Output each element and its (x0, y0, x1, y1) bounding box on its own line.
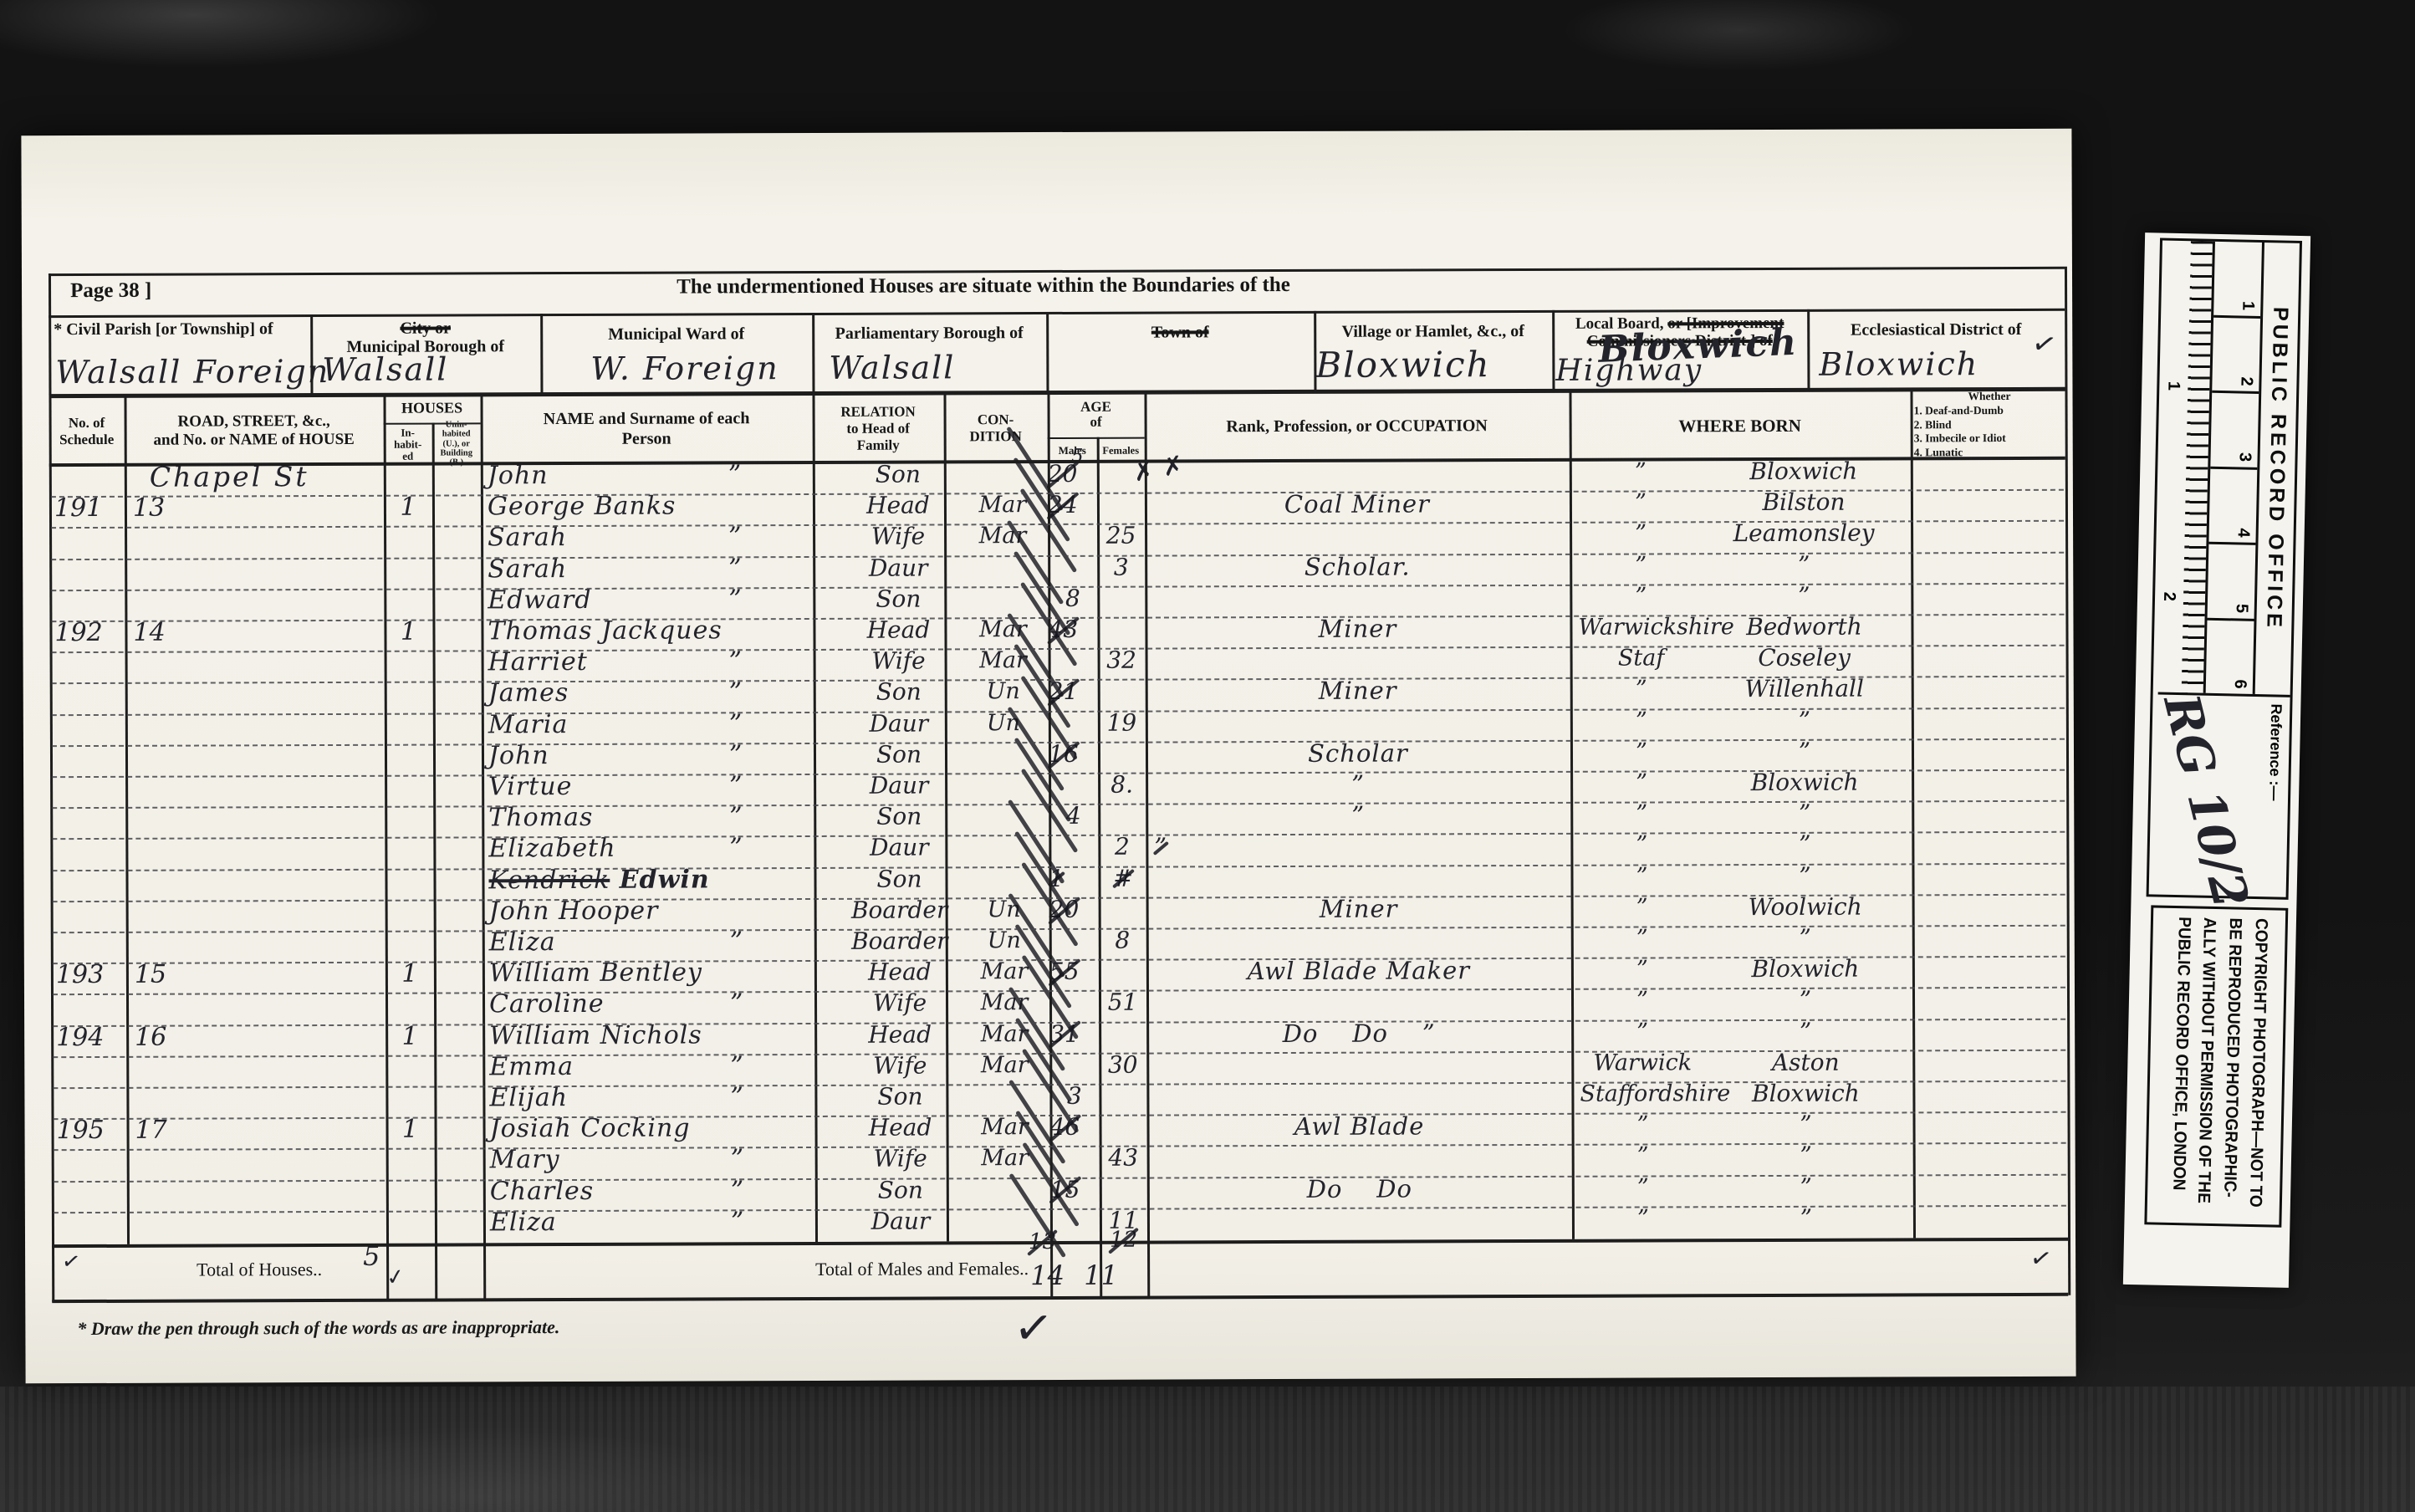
header-cell-ecclesiastical: Ecclesiastical District of Bloxwich (1807, 309, 2065, 391)
form-footnote: * Draw the pen through such of the words… (77, 1316, 559, 1340)
houses-title: HOUSES (401, 400, 462, 417)
table-vertical-line (1552, 310, 1555, 391)
females-label: Females (1102, 444, 1139, 457)
pro-ruler-cell-number: 1 (2238, 301, 2257, 311)
civil-parish-value: Walsall Foreign (55, 353, 329, 391)
pro-office-title: PUBLIC RECORD OFFICE (2262, 307, 2293, 631)
census-scan-screen: Page 38 ] The undermentioned Houses are … (0, 0, 2415, 1512)
relation-l2: to Head of (846, 421, 910, 437)
age-l2: of (1090, 415, 1101, 430)
pro-ruler-ticks: 1 2 (2156, 241, 2215, 693)
schedule-l1: No. of (69, 415, 105, 432)
pro-inch-label-1: 1 (2163, 381, 2183, 391)
col-header-uninhabited: Unin- habited (U.), or Building (B.) (432, 421, 481, 465)
col-header-houses: HOUSES (383, 395, 480, 421)
parliamentary-borough-value: Walsall (829, 349, 955, 386)
col-header-occupation: Rank, Profession, or OCCUPATION (1144, 391, 1569, 463)
pro-ruler-cell-number: 2 (2236, 376, 2255, 386)
pro-inch-label-2: 2 (2159, 592, 2178, 602)
village-value: Bloxwich (1315, 344, 1490, 386)
table-vertical-line (812, 313, 814, 394)
pro-ruler-cell-number: 3 (2234, 452, 2254, 462)
whether-3: 3. Imbecile or Idiot (1914, 432, 2006, 446)
header-cell-municipal-ward: Municipal Ward of W. Foreign (540, 313, 812, 395)
header-cell-civil-parish: * Civil Parish [or Township] of Walsall … (49, 314, 310, 396)
col-header-relation: RELATION to Head of Family (812, 393, 943, 464)
pro-ruler-cell: 1 (2213, 242, 2262, 316)
pro-copyright-box: COPYRIGHT PHOTOGRAPH—NOT TO BE REPRODUCE… (2144, 905, 2288, 1227)
pen-checkmark: ✓ (2028, 1243, 2055, 1275)
col-header-whether: Whether 1. Deaf-and-Dumb 2. Blind 3. Imb… (1910, 390, 2065, 461)
village-label: Village or Hamlet, &c., of (1314, 322, 1552, 341)
civil-parish-label: * Civil Parish [or Township] of (49, 319, 310, 339)
person-forename: Eliza (490, 1208, 557, 1237)
age-l1: AGE (1080, 400, 1111, 415)
header-cell-local-board: Local Board, or [Improvement Commissione… (1552, 309, 1807, 391)
pro-ruler-cell: 6 (2206, 617, 2254, 694)
municipal-ward-label: Municipal Ward of (540, 324, 812, 345)
relation-l1: RELATION (840, 403, 916, 420)
table-horizontal-line (1048, 437, 1145, 439)
table-horizontal-line (384, 422, 481, 424)
municipal-borough-value: Walsall (322, 351, 448, 389)
occupation: ” (1154, 833, 1167, 861)
occupation-label: Rank, Profession, or OCCUPATION (1226, 416, 1488, 437)
form-title: The undermentioned Houses are situate wi… (457, 273, 1510, 299)
col-header-born: WHERE BORN (1569, 390, 1910, 461)
pro-stamp-ruler-box: PUBLIC RECORD OFFICE 123456 1 2 Referenc… (2147, 238, 2302, 899)
header-cell-municipal-borough: City or Municipal Borough of Walsall (310, 314, 540, 396)
whether-1: 1. Deaf-and-Dumb (1914, 404, 2004, 418)
col-header-name: NAME and Surname of each Person (480, 394, 812, 465)
age-male: 16 (1049, 740, 1079, 768)
schedule-l2: Schedule (59, 432, 114, 448)
pro-ruler-cell: 3 (2210, 391, 2259, 467)
total-males: 14 (1030, 1259, 1065, 1291)
pro-reference-label: Reference :— (2265, 703, 2285, 800)
pro-ruler-cell: 2 (2212, 314, 2260, 391)
pro-ruler-cell: 4 (2208, 466, 2257, 543)
age-male-correction: 5 (1053, 438, 1102, 475)
person-forename: James (488, 678, 569, 707)
page-label: Page 38 ] (70, 279, 151, 303)
person-forename: John (488, 461, 549, 490)
person-forename: Sarah (488, 554, 567, 584)
table-vertical-line (1046, 312, 1049, 393)
census-rows: Chapel StJohn”Son205”Bloxwich191131Georg… (21, 129, 2071, 136)
col-header-condition: CON- DITION (943, 393, 1047, 463)
col-header-schedule: No. of Schedule (49, 396, 124, 467)
city-or-struck: City or (400, 319, 451, 337)
table-horizontal-line (52, 1293, 2068, 1303)
person-forename: Eliza (489, 927, 556, 957)
pro-stamp-strip: PUBLIC RECORD OFFICE 123456 1 2 Referenc… (2123, 232, 2310, 1288)
name-l2: Person (622, 430, 671, 450)
col-header-road: ROAD, STREET, &c., and No. or NAME of HO… (124, 396, 383, 467)
road-l1: ROAD, STREET, &c., (177, 412, 329, 432)
table-vertical-line (1314, 311, 1316, 392)
table-vertical-line (1807, 309, 1810, 391)
person-forename: Maria (488, 710, 569, 739)
pro-stamp-rotated-content: PUBLIC RECORD OFFICE 123456 1 2 Referenc… (2135, 238, 2302, 1280)
page-number: 38 (119, 279, 140, 302)
header-cell-town: Town of (1046, 311, 1314, 393)
pro-reference-section: Reference :— RG 10/2959 (2154, 692, 2290, 895)
pro-ruler-cell-number: 4 (2234, 528, 2253, 538)
table-vertical-line (310, 314, 313, 396)
whether-title: Whether (1968, 390, 2010, 404)
age-female: # (1113, 864, 1133, 891)
born-label: WHERE BORN (1678, 415, 1801, 436)
pen-checkmark-large: ✓ (1011, 1300, 1055, 1357)
parliamentary-borough-label: Parliamentary Borough of (812, 324, 1046, 343)
ecclesiastical-value: Bloxwich (1819, 345, 1978, 383)
municipal-ward-value: W. Foreign (590, 350, 779, 387)
relation-l3: Family (857, 437, 900, 454)
inhabited-label: In- habit- ed (394, 427, 421, 462)
census-form-page: Page 38 ] The undermentioned Houses are … (21, 129, 2075, 1384)
age-male: 31 (1049, 1019, 1080, 1047)
pro-ruler-cells: 123456 (2206, 242, 2262, 694)
age-male: 46 (1049, 1113, 1080, 1141)
col-header-age: AGE of (1047, 393, 1144, 437)
col-header-inhabited: In- habit- ed (384, 424, 432, 466)
table-vertical-line (540, 314, 543, 395)
pen-checkmark: ✓ (60, 1248, 83, 1275)
pro-copyright-text: COPYRIGHT PHOTOGRAPH—NOT TO BE REPRODUCE… (2165, 917, 2274, 1196)
road-l2: and No. or NAME of HOUSE (153, 431, 354, 450)
person-forename: Mary (490, 1145, 560, 1174)
header-cell-village: Village or Hamlet, &c., of Bloxwich (1314, 310, 1552, 392)
local-board-stamped-value: Bloxwich (1597, 321, 1799, 371)
total-males-females-label: Total of Males and Females.. (560, 1258, 1029, 1281)
whether-2: 2. Blind (1914, 418, 1952, 432)
uninhabited-label: Unin- habited (U.), or Building (B.) (440, 421, 472, 467)
name-l1: NAME and Surname of each (544, 410, 750, 430)
person-forename: John (488, 741, 549, 770)
page-label-bracket: ] (145, 279, 151, 302)
ecclesiastical-label: Ecclesiastical District of (1807, 320, 2065, 340)
pro-ruler-cell-number: 5 (2232, 604, 2251, 614)
person-forename: Sarah (488, 523, 567, 552)
header-cell-parliamentary-borough: Parliamentary Borough of Walsall (812, 312, 1046, 394)
pro-ruler-cell: 5 (2208, 542, 2256, 619)
total-houses-label: Total of Houses.. (151, 1259, 368, 1281)
page-label-prefix: Page (70, 279, 113, 302)
condition-l1: CON- (978, 411, 1014, 428)
town-label-struck: Town of (1046, 323, 1314, 343)
person-forename: Elijah (489, 1083, 568, 1112)
pro-ruler-cell-number: 6 (2230, 679, 2249, 689)
